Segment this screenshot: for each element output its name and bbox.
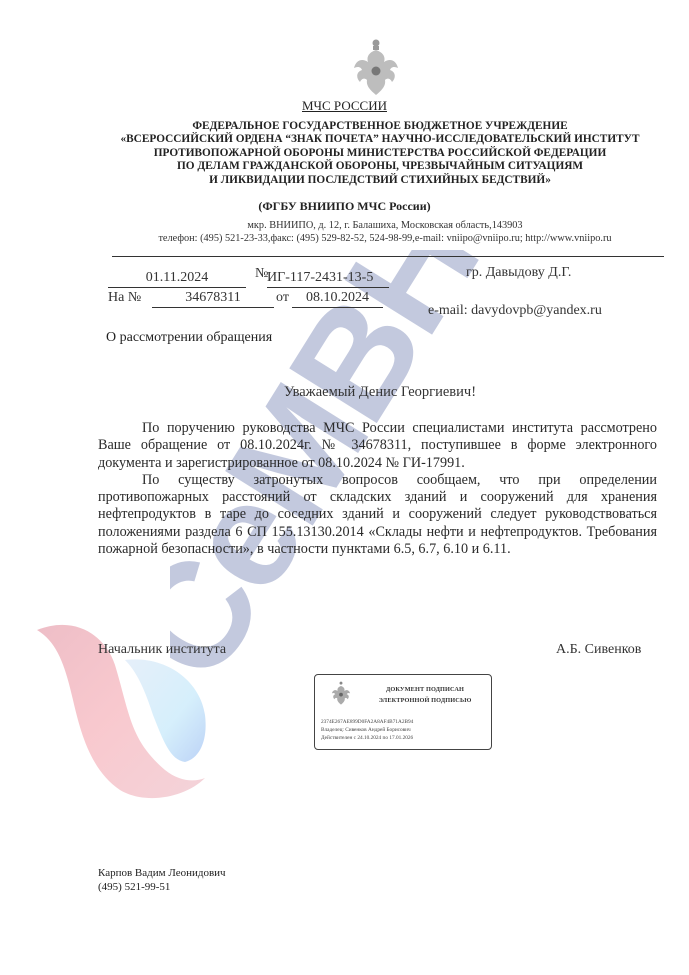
ministry-name: МЧС РОССИИ bbox=[0, 98, 689, 114]
certificate-owner: Владелец: Сивенков Андрей Борисович bbox=[321, 726, 413, 734]
salutation: Уважаемый Денис Георгиевич! bbox=[0, 384, 689, 401]
executor-info: Карпов Вадим Леонидович (495) 521-99-51 bbox=[98, 866, 226, 894]
letter-subject: О рассмотрении обращения bbox=[106, 330, 272, 346]
executor-name: Карпов Вадим Леонидович bbox=[98, 866, 226, 880]
reference-from-label: от bbox=[276, 290, 289, 306]
reference-label: На № bbox=[108, 290, 141, 306]
reference-date: 08.10.2024 bbox=[292, 290, 383, 308]
mchs-emblem-icon bbox=[331, 681, 351, 705]
letter-page: МЧС РОССИИ ФЕДЕРАЛЬНОЕ ГОСУДАРСТВЕННОЕ Б… bbox=[0, 0, 689, 975]
body-paragraph: По существу затронутых вопросов сообщаем… bbox=[98, 472, 657, 558]
org-line: ФЕДЕРАЛЬНОЕ ГОСУДАРСТВЕННОЕ БЮДЖЕТНОЕ УЧ… bbox=[90, 120, 670, 133]
org-line: ПРОТИВОПОЖАРНОЙ ОБОРОНЫ МИНИСТЕРСТВА РОС… bbox=[90, 147, 670, 160]
org-line: И ЛИКВИДАЦИИ ПОСЛЕДСТВИЙ СТИХИЙНЫХ БЕДСТ… bbox=[90, 174, 670, 187]
outgoing-date: 01.11.2024 bbox=[108, 270, 246, 288]
organization-short-name: (ФГБУ ВНИИПО МЧС России) bbox=[0, 199, 689, 214]
contacts: телефон: (495) 521-23-33,факс: (495) 529… bbox=[100, 232, 670, 245]
mchs-emblem-icon bbox=[352, 38, 400, 96]
header-divider bbox=[112, 256, 664, 257]
certificate-number: 2374E267AE899D0FA2A8AF4B71A2B94 bbox=[321, 718, 413, 726]
stamp-details: 2374E267AE899D0FA2A8AF4B71A2B94 Владелец… bbox=[321, 718, 413, 742]
stamp-title-line: ДОКУМЕНТ ПОДПИСАН bbox=[361, 684, 489, 695]
outgoing-number: ИГ-117-2431-13-5 bbox=[267, 270, 389, 288]
signer-name: А.Б. Сивенков bbox=[556, 642, 641, 658]
address: мкр. ВНИИПО, д. 12, г. Балашиха, Московс… bbox=[100, 219, 670, 232]
certificate-validity: Действителен с 24.10.2024 по 17.01.2026 bbox=[321, 734, 413, 742]
stamp-title-line: ЭЛЕКТРОННОЙ ПОДПИСЬЮ bbox=[361, 695, 489, 706]
letter-body: По поручению руководства МЧС России спец… bbox=[98, 420, 657, 558]
stamp-title: ДОКУМЕНТ ПОДПИСАН ЭЛЕКТРОННОЙ ПОДПИСЬЮ bbox=[361, 684, 489, 706]
org-line: «ВСЕРОССИЙСКИЙ ОРДЕНА “ЗНАК ПОЧЕТА” НАУЧ… bbox=[90, 133, 670, 146]
reference-number: 34678311 bbox=[152, 290, 274, 308]
recipient-email: e-mail: davydovpb@yandex.ru bbox=[428, 303, 602, 319]
organization-full-name: ФЕДЕРАЛЬНОЕ ГОСУДАРСТВЕННОЕ БЮДЖЕТНОЕ УЧ… bbox=[90, 120, 670, 187]
org-line: ПО ДЕЛАМ ГРАЖДАНСКОЙ ОБОРОНЫ, ЧРЕЗВЫЧАЙН… bbox=[90, 160, 670, 173]
organization-contacts: мкр. ВНИИПО, д. 12, г. Балашиха, Московс… bbox=[100, 219, 670, 245]
recipient-name: гр. Давыдову Д.Г. bbox=[466, 265, 571, 281]
signer-title: Начальник института bbox=[98, 642, 226, 658]
body-paragraph: По поручению руководства МЧС России спец… bbox=[98, 420, 657, 472]
executor-phone: (495) 521-99-51 bbox=[98, 880, 226, 894]
electronic-signature-stamp: ДОКУМЕНТ ПОДПИСАН ЭЛЕКТРОННОЙ ПОДПИСЬЮ 2… bbox=[314, 674, 492, 750]
